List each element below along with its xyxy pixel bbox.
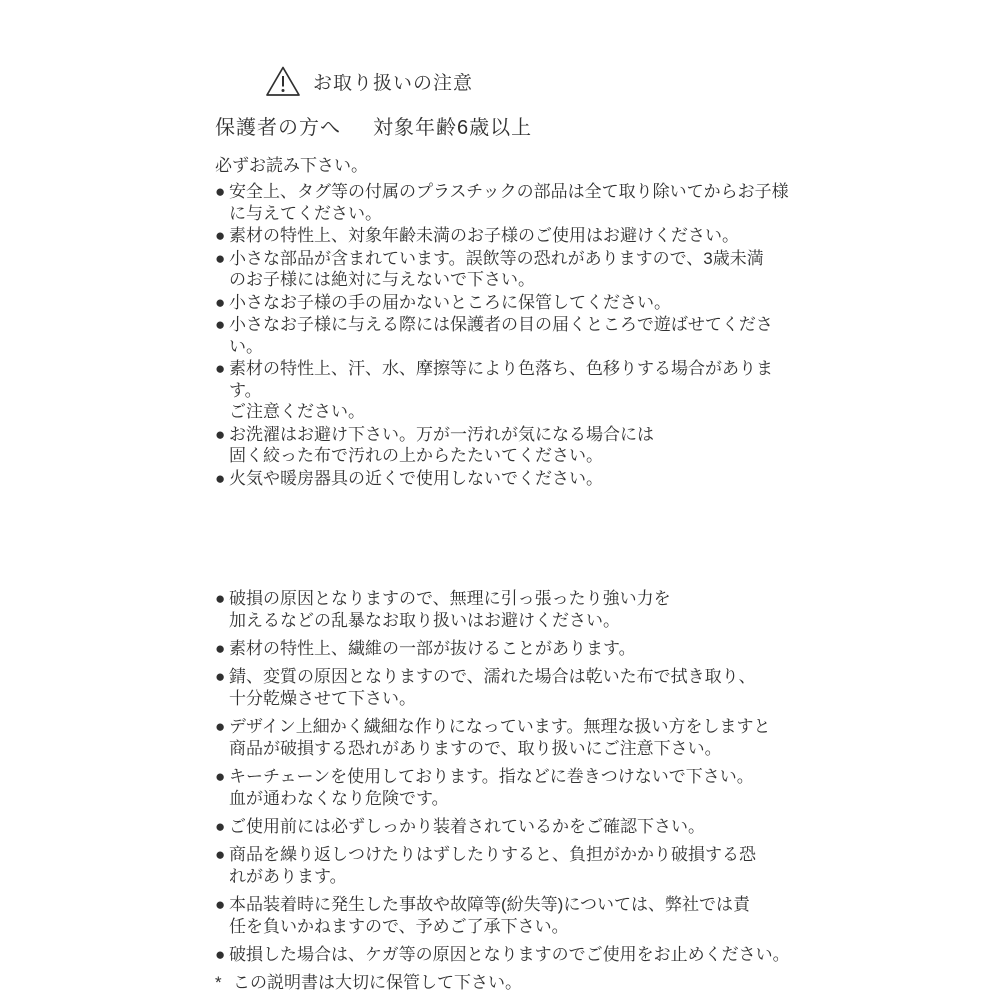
bullet-icon: ● [215, 816, 229, 838]
precaution-text: キーチェーンを使用しております。指などに巻きつけないで下さい。 血が通わなくなり… [229, 766, 754, 810]
precaution-text: 安全上、タグ等の付属のプラスチックの部品は全て取り除いてからお子様 に与えてくだ… [229, 181, 789, 224]
bullet-icon: ● [215, 588, 229, 632]
bullet-icon: ● [215, 225, 229, 247]
precaution-text: 小さなお子様に与える際には保護者の目の届くところで遊ばせてください。 [229, 314, 795, 357]
bullet-icon: ● [215, 844, 229, 888]
bullet-icon: ● [215, 314, 229, 357]
precaution-text: 本品装着時に発生した事故や故障等(紛失等)については、弊社では責 任を負いかねま… [229, 894, 750, 938]
list-item: ● デザイン上細かく繊細な作りになっています。無理な扱い方をしますと 商品が破損… [215, 716, 795, 760]
precaution-text: 素材の特性上、繊維の一部が抜けることがあります。 [229, 638, 636, 660]
list-item: ● ご使用前には必ずしっかり装着されているかをご確認下さい。 [215, 816, 795, 838]
list-item: ● 小さな部品が含まれています。誤飲等の恐れがありますので、3歳未満 のお子様に… [215, 248, 795, 291]
precaution-text: 素材の特性上、対象年齢未満のお子様のご使用はお避けください。 [229, 225, 739, 247]
list-item: ● 安全上、タグ等の付属のプラスチックの部品は全て取り除いてからお子様 に与えて… [215, 181, 795, 224]
sheet-header: お取り扱いの注意 [215, 64, 795, 98]
bullet-icon: ● [215, 766, 229, 810]
product-precautions-list: ● 破損の原因となりますので、無理に引っ張ったり強い力を 加えるなどの乱暴なお取… [215, 588, 795, 966]
bullet-icon: ● [215, 248, 229, 291]
list-item: ● キーチェーンを使用しております。指などに巻きつけないで下さい。 血が通わなく… [215, 766, 795, 810]
list-item: ● 素材の特性上、繊維の一部が抜けることがあります。 [215, 638, 795, 660]
caution-sheet: お取り扱いの注意 保護者の方へ 対象年齢6歳以上 必ずお読み下さい。 ● 安全上… [215, 64, 795, 994]
bullet-icon: ● [215, 358, 229, 423]
precaution-text: 破損の原因となりますので、無理に引っ張ったり強い力を 加えるなどの乱暴なお取り扱… [229, 588, 671, 632]
list-item: ● 小さなお子様の手の届かないところに保管してください。 [215, 292, 795, 314]
bullet-icon: ● [215, 894, 229, 938]
bullet-icon: ● [215, 944, 229, 966]
precaution-text: 錆、変質の原因となりますので、濡れた場合は乾いた布で拭き取り、 十分乾燥させて下… [229, 666, 756, 710]
general-precautions-list: ● 安全上、タグ等の付属のプラスチックの部品は全て取り除いてからお子様 に与えて… [215, 181, 795, 489]
precaution-text: お洗濯はお避け下さい。万が一汚れが気になる場合には 固く絞った布で汚れの上からた… [229, 424, 654, 467]
precaution-text: 素材の特性上、汗、水、摩擦等により色落ち、色移りする場合があります。 ご注意くだ… [229, 358, 795, 423]
list-item: ● 錆、変質の原因となりますので、濡れた場合は乾いた布で拭き取り、 十分乾燥させ… [215, 666, 795, 710]
list-item: ● 破損の原因となりますので、無理に引っ張ったり強い力を 加えるなどの乱暴なお取… [215, 588, 795, 632]
list-item: ● 火気や暖房器具の近くで使用しないでください。 [215, 468, 795, 490]
audience-line: 保護者の方へ 対象年齢6歳以上 [215, 111, 795, 140]
precaution-text: 小さな部品が含まれています。誤飲等の恐れがありますので、3歳未満 のお子様には絶… [229, 248, 764, 291]
bullet-icon: ● [215, 424, 229, 467]
precaution-text: ご使用前には必ずしっかり装着されているかをご確認下さい。 [229, 816, 705, 838]
audience-label: 保護者の方へ [215, 111, 341, 140]
list-item: ● 小さなお子様に与える際には保護者の目の届くところで遊ばせてください。 [215, 314, 795, 357]
bullet-icon: ● [215, 716, 229, 760]
age-label: 対象年齢6歳以上 [373, 111, 532, 140]
list-item: ● 本品装着時に発生した事故や故障等(紛失等)については、弊社では責 任を負いか… [215, 894, 795, 938]
list-item: ● 素材の特性上、汗、水、摩擦等により色落ち、色移りする場合があります。 ご注意… [215, 358, 795, 423]
asterisk-marker: * [215, 972, 233, 994]
warning-triangle-icon [265, 65, 301, 98]
list-item: ● お洗濯はお避け下さい。万が一汚れが気になる場合には 固く絞った布で汚れの上か… [215, 424, 795, 467]
keep-manual-note: * この説明書は大切に保管して下さい。 [215, 972, 795, 994]
page-title: お取り扱いの注意 [313, 68, 473, 95]
bullet-icon: ● [215, 468, 229, 490]
precaution-text: 商品を繰り返しつけたりはずしたりすると、負担がかかり破損する恐 れがあります。 [229, 844, 756, 888]
bullet-icon: ● [215, 638, 229, 660]
list-item: ● 破損した場合は、ケガ等の原因となりますのでご使用をお止めください。 [215, 944, 795, 966]
bullet-icon: ● [215, 666, 229, 710]
precaution-text: 小さなお子様の手の届かないところに保管してください。 [229, 292, 671, 314]
bullet-icon: ● [215, 292, 229, 314]
precaution-text: デザイン上細かく繊細な作りになっています。無理な扱い方をしますと 商品が破損する… [229, 716, 770, 760]
precaution-text: 破損した場合は、ケガ等の原因となりますのでご使用をお止めください。 [229, 944, 790, 966]
precaution-text: 火気や暖房器具の近くで使用しないでください。 [229, 468, 603, 490]
footnote-text: この説明書は大切に保管して下さい。 [233, 972, 522, 994]
list-item: ● 素材の特性上、対象年齢未満のお子様のご使用はお避けください。 [215, 225, 795, 247]
must-read-label: 必ずお読み下さい。 [215, 151, 795, 176]
bullet-icon: ● [215, 181, 229, 224]
list-item: ● 商品を繰り返しつけたりはずしたりすると、負担がかかり破損する恐 れがあります… [215, 844, 795, 888]
